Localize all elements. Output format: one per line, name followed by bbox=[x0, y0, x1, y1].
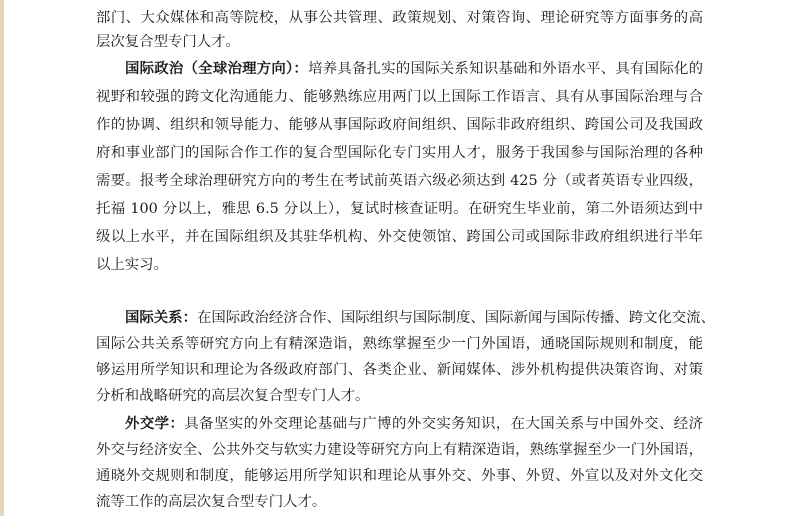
text-line: 视野和较强的跨文化沟通能力、能够熟练应用两门以上国际工作语言、具有从事国际治理与… bbox=[96, 83, 703, 111]
text-line: 托福 100 分以上，雅思 6.5 分以上），复试时核查证明。在研究生毕业前，第… bbox=[96, 195, 703, 223]
line-text: 流等工作的高层次复合型专门人才。 bbox=[96, 494, 326, 510]
line-text: 托福 100 分以上，雅思 6.5 分以上），复试时核查证明。在研究生毕业前，第… bbox=[96, 201, 703, 217]
line-text: 在国际政治经济合作、国际组织与国际制度、国际新闻与国际传播、跨文化交流、 bbox=[197, 310, 715, 326]
line-text: 具备坚实的外交理论基础与广博的外交实务知识，在大国关系与中国外交、经济 bbox=[184, 416, 703, 432]
text-line: 级以上水平，并在国际组织及其驻华机构、外交使领馆、跨国公司或国际非政府组织进行半… bbox=[96, 223, 703, 251]
line-text: 够运用所学知识和理论为各级政府部门、各类企业、新闻媒体、涉外机构提供决策咨询、对… bbox=[96, 362, 703, 378]
line-text: 培养具备扎实的国际关系知识基础和外语水平、具有国际化的 bbox=[308, 61, 703, 77]
text-line: 外交与经济安全、公共外交与软实力建设等研究方向上有精深造诣，熟练掌握至少一门外国… bbox=[96, 436, 703, 464]
text-line: 府和事业部门的国际合作工作的复合型国际化专门实用人才，服务于我国参与国际治理的各… bbox=[96, 139, 703, 167]
line-text: 国际公共关系等研究方向上有精深造诣，熟练掌握至少一门外国语，通晓国际规则和制度，… bbox=[96, 336, 703, 352]
line-text: 部门、大众媒体和高等院校，从事公共管理、政策规划、对策咨询、理论研究等方面事务的… bbox=[96, 10, 703, 26]
text-line: 分析和战略研究的高层次复合型专门人才。 bbox=[96, 382, 703, 410]
text-line: 国际关系：在国际政治经济合作、国际组织与国际制度、国际新闻与国际传播、跨文化交流… bbox=[125, 304, 703, 332]
text-line: 以上实习。 bbox=[96, 251, 703, 279]
text-line: 流等工作的高层次复合型专门人才。 bbox=[96, 488, 703, 516]
section-heading: 外交学： bbox=[125, 415, 184, 432]
line-text: 外交与经济安全、公共外交与软实力建设等研究方向上有精深造诣，熟练掌握至少一门外国… bbox=[96, 442, 703, 458]
text-line: 需要。报考全球治理研究方向的考生在考试前英语六级必须达到 425 分（或者英语专… bbox=[96, 167, 703, 195]
line-text: 分析和战略研究的高层次复合型专门人才。 bbox=[96, 388, 369, 404]
line-text: 需要。报考全球治理研究方向的考生在考试前英语六级必须达到 425 分（或者英语专… bbox=[96, 173, 703, 189]
line-text: 层次复合型专门人才。 bbox=[96, 34, 240, 50]
text-line: 国际政治（全球治理方向）：培养具备扎实的国际关系知识基础和外语水平、具有国际化的 bbox=[125, 55, 703, 83]
section-heading: 国际政治（全球治理方向）： bbox=[125, 60, 308, 77]
section-heading: 国际关系： bbox=[125, 309, 197, 326]
text-line: 层次复合型专门人才。 bbox=[96, 28, 703, 56]
line-text: 作的协调、组织和领导能力、能够从事国际政府间组织、国际非政府组织、跨国公司及我国… bbox=[96, 117, 703, 133]
text-line: 够运用所学知识和理论为各级政府部门、各类企业、新闻媒体、涉外机构提供决策咨询、对… bbox=[96, 356, 703, 384]
page-left-border bbox=[0, 0, 4, 516]
text-line: 外交学：具备坚实的外交理论基础与广博的外交实务知识，在大国关系与中国外交、经济 bbox=[125, 410, 703, 438]
line-text: 视野和较强的跨文化沟通能力、能够熟练应用两门以上国际工作语言、具有从事国际治理与… bbox=[96, 89, 703, 105]
line-text: 以上实习。 bbox=[96, 257, 168, 273]
line-text: 通晓外交规则和制度，能够运用所学知识和理论从事外交、外事、外贸、外宣以及对外文化… bbox=[96, 468, 703, 484]
line-text: 府和事业部门的国际合作工作的复合型国际化专门实用人才，服务于我国参与国际治理的各… bbox=[96, 145, 703, 161]
text-line: 作的协调、组织和领导能力、能够从事国际政府间组织、国际非政府组织、跨国公司及我国… bbox=[96, 111, 703, 139]
line-text: 级以上水平，并在国际组织及其驻华机构、外交使领馆、跨国公司或国际非政府组织进行半… bbox=[96, 229, 703, 245]
text-line: 国际公共关系等研究方向上有精深造诣，熟练掌握至少一门外国语，通晓国际规则和制度，… bbox=[96, 330, 703, 358]
text-line: 通晓外交规则和制度，能够运用所学知识和理论从事外交、外事、外贸、外宣以及对外文化… bbox=[96, 462, 703, 490]
